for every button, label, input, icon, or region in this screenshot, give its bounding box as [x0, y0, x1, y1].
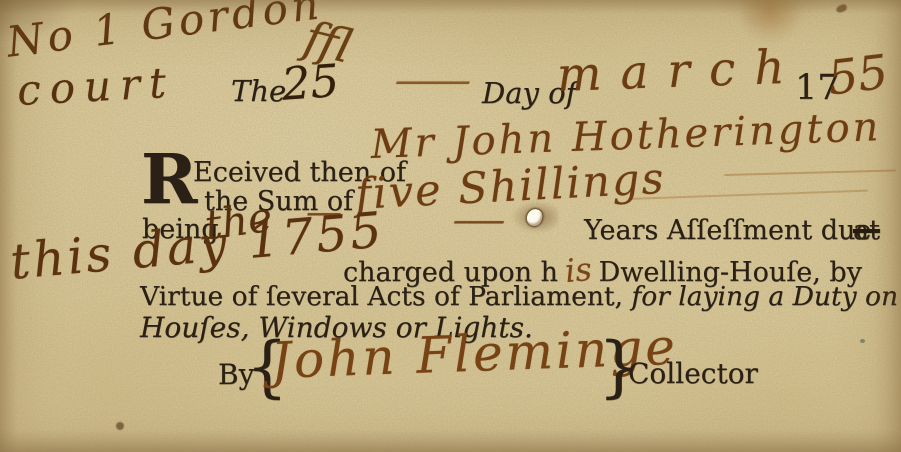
drop-cap-R: R — [141, 152, 198, 210]
speck-right — [860, 339, 865, 343]
printed-collector-label: Collector — [628, 357, 758, 390]
printed-duty-clause: for laying a Duty on — [631, 281, 898, 312]
ruled-line-under-name — [724, 169, 896, 176]
handwritten-year: 55 — [825, 45, 891, 107]
handwritten-day: 25 — [280, 54, 341, 111]
printed-years-assessment-due: Years Aſſeſſment due — [584, 215, 871, 246]
handwritten-month: march — [556, 39, 804, 103]
handwritten-address-line2: court — [16, 58, 176, 115]
printed-the: The — [231, 74, 286, 108]
handwritten-address-line1: No 1 Gordon — [4, 0, 325, 67]
handwritten-period-dash2: — — [452, 200, 506, 241]
tax-receipt-scan: No 1 Gordon court ffl The 25 — Day of ma… — [0, 0, 901, 452]
printed-struck-word-at: at — [853, 215, 880, 246]
ink-stain-top-right — [742, 0, 804, 44]
ink-speck-bottom-left — [116, 422, 124, 430]
handwritten-day-dash: — — [393, 58, 473, 102]
printed-virtue-line: Virtue of ſeveral Acts of Parliament, fo… — [140, 281, 898, 312]
printed-virtue-clause: Virtue of ſeveral Acts of Parliament, — [140, 281, 631, 312]
ink-speck-top-right — [835, 3, 848, 13]
